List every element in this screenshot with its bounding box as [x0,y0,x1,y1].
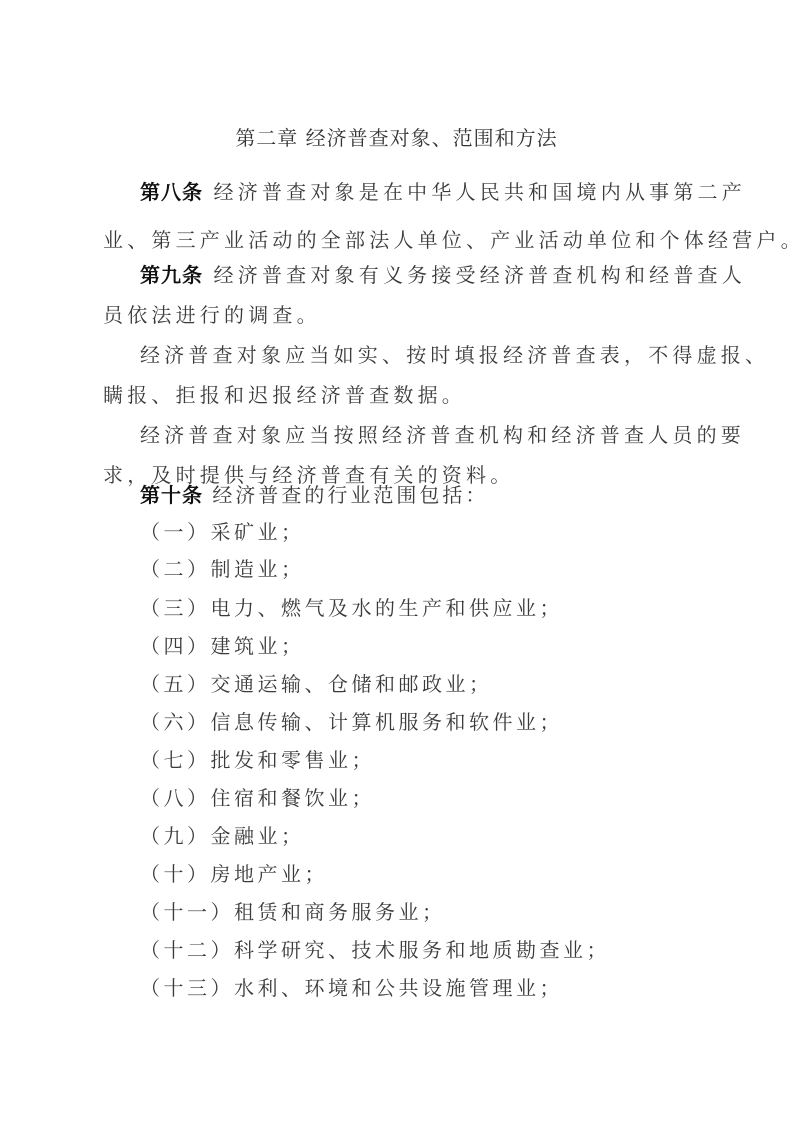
industry-item: （九）金融业； [140,824,305,848]
article-9-line-2: 员依法进行的调查。 [103,303,321,327]
industry-item: （十二）科学研究、技术服务和地质勘查业； [140,938,610,962]
article-9-text: 经济普查对象有义务接受经济普查机构和经普查人 [203,263,746,287]
industry-item: （五）交通运输、仓储和邮政业； [140,672,493,696]
industry-item: （一）采矿业； [140,520,305,544]
article-10-intro: 第十条 经济普查的行业范围包括： [140,483,488,507]
article-8-line-1: 第八条 经济普查对象是在中华人民共和国境内从事第二产 [140,180,746,204]
article-9-para2-line-1: 经济普查对象应当如实、按时填报经济普查表，不得虚报、 [140,343,769,367]
article-8-label: 第八条 [140,180,203,204]
industry-item: （三）电力、燃气及水的生产和供应业； [140,596,563,620]
industry-item: （六）信息传输、计算机服务和软件业； [140,710,563,734]
document-page: 第二章 经济普查对象、范围和方法 第八条 经济普查对象是在中华人民共和国境内从事… [0,0,793,1122]
article-10-label: 第十条 [140,483,203,507]
industry-item: （七）批发和零售业； [140,748,375,772]
industry-item: （十一）租赁和商务服务业； [140,900,446,924]
industry-item: （十）房地产业； [140,862,328,886]
industry-item: （四）建筑业； [140,634,305,658]
article-9-line-1: 第九条 经济普查对象有义务接受经济普查机构和经普查人 [140,263,746,287]
article-9-label: 第九条 [140,263,203,287]
chapter-title: 第二章 经济普查对象、范围和方法 [0,122,793,151]
article-8-text: 经济普查对象是在中华人民共和国境内从事第二产 [203,180,746,204]
article-8-line-2: 业、第三产业活动的全部法人单位、产业活动单位和个体经营户。 [103,228,793,252]
article-10-text: 经济普查的行业范围包括： [203,483,488,507]
industry-item: （十三）水利、环境和公共设施管理业； [140,976,563,1000]
industry-item: （二）制造业； [140,557,305,581]
article-9-para2-line-2: 瞒报、拒报和迟报经济普查数据。 [103,383,466,407]
article-9-para3-line-1: 经济普查对象应当按照经济普查机构和经济普查人员的要 [140,423,745,447]
industry-item: （八）住宿和餐饮业； [140,786,375,810]
